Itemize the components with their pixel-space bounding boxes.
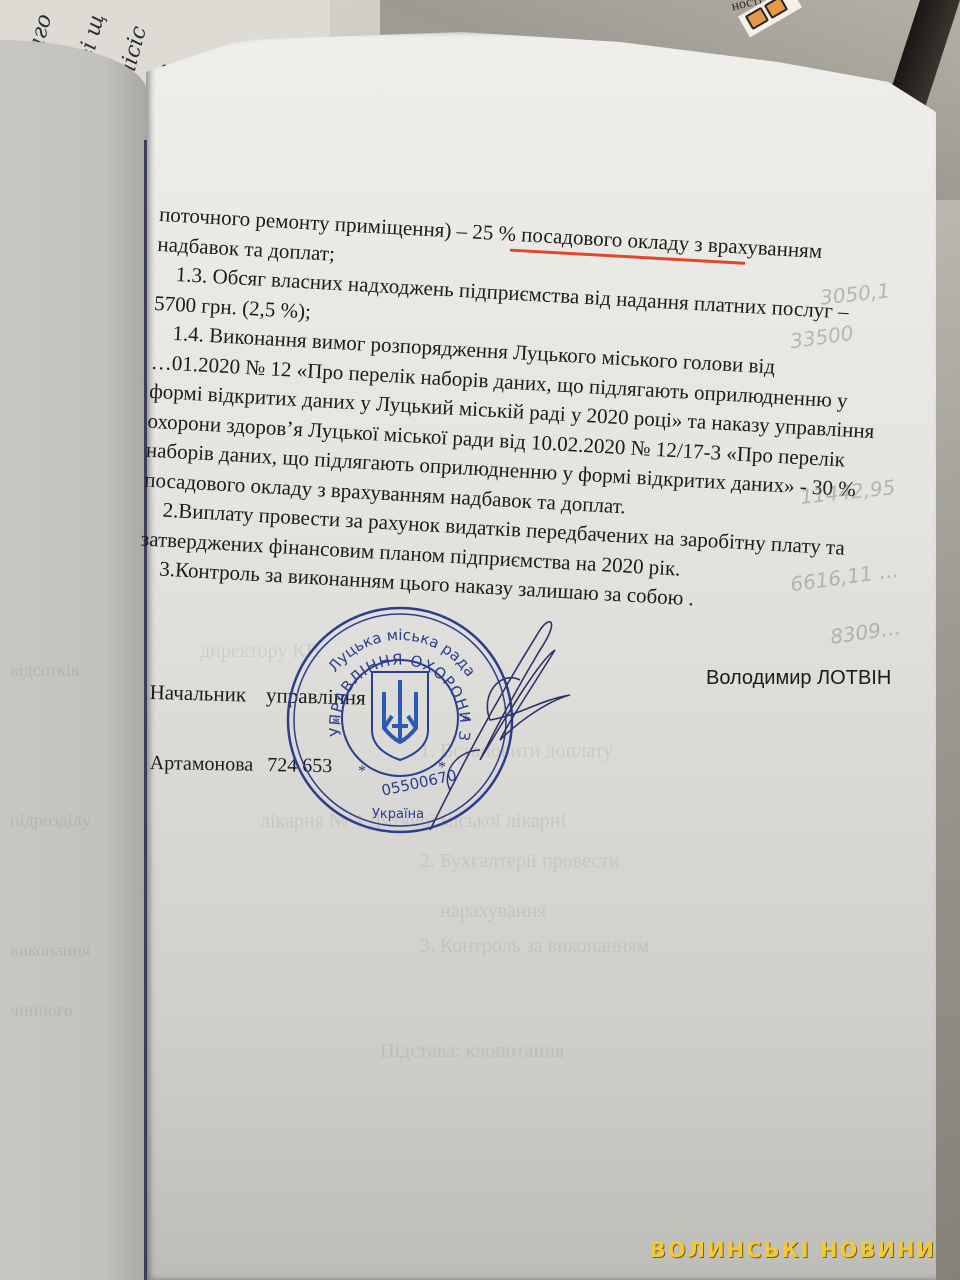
order-text: поточного ремонту приміщення) – 25 % пос… [139,200,919,625]
svg-text:*: * [358,763,366,780]
handwritten-signature [420,600,580,840]
contact-name: Артамонова [150,752,254,776]
stamp-country: Україна [372,807,424,822]
signer-name: Володимир ЛОТВІН [706,667,891,690]
publisher-watermark: ВОЛИНСЬКІ НОВИНИ [650,1238,936,1262]
binding-spine [144,140,147,1280]
position-word: Начальник [149,680,246,707]
svg-text:*: * [332,715,340,732]
left-page: відсотків підрозділу виконання чинного [0,40,148,1280]
